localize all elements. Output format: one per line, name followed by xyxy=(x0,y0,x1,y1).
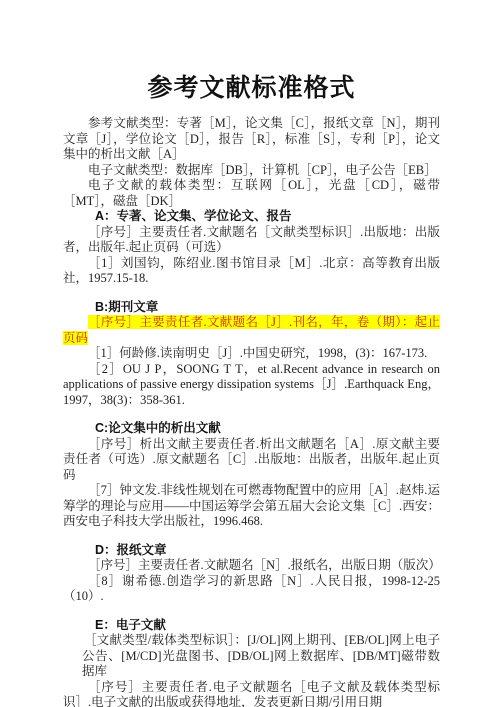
section-b-format-line: ［序号］主要责任者.文献题名［J］.刊名，年，卷（期）：起止页码 xyxy=(63,315,440,346)
section-c-format-line: ［序号］析出文献主要责任者.析出文献题名［A］.原文献主要责任者（可选）.原文献… xyxy=(63,437,440,484)
intro-reference-types: 参考文献类型：专著［M］，论文集［C］，报纸文章［N］，期刊文章［J］，学位论文… xyxy=(63,116,440,163)
section-b-journal-articles: B:期刊文章 ［序号］主要责任者.文献题名［J］.刊名，年，卷（期）：起止页码 … xyxy=(63,300,440,409)
section-b-example-ref-2: ［2］OU J P，SOONG T T，et al.Recent advance… xyxy=(63,362,440,409)
section-e-electronic-documents: E：电子文献 ［文献类型/载体类型标识］：[J/OL]网上期刊、[EB/OL]网… xyxy=(63,618,440,707)
section-d-example-ref: ［8］谢希德.创造学习的新思路［N］.人民日报，1998-12-25（10）. xyxy=(63,574,440,605)
section-e-format-line: ［序号］主要责任者.电子文献题名［电子文献及载体类型标识］.电子文献的出版或获得… xyxy=(63,680,440,707)
page-title: 参考文献标准格式 xyxy=(63,68,440,104)
intro-carrier-types: 电子文献的载体类型：互联网［OL］，光盘［CD］，磁带［MT］，磁盘［DK］ xyxy=(63,178,440,209)
section-c-example-ref: ［7］钟文发.非线性规划在可燃毒物配置中的应用［A］.赵炜.运筹学的理论与应用—… xyxy=(63,483,440,530)
section-e-type-list: ［文献类型/载体类型标识］：[J/OL]网上期刊、[EB/OL]网上电子公告、[… xyxy=(63,633,440,680)
section-a-format-line: ［序号］主要责任者.文献题名［文献类型标识］.出版地：出版者，出版年.起止页码（… xyxy=(63,225,440,256)
section-a-heading: A：专著、论文集、学位论文、报告 xyxy=(95,209,440,225)
highlighted-format-text: ［序号］主要责任者.文献题名［J］.刊名，年，卷（期）：起止页码 xyxy=(63,315,440,345)
document-page: 参考文献标准格式 参考文献类型：专著［M］，论文集［C］，报纸文章［N］，期刊文… xyxy=(0,0,500,707)
section-b-heading: B:期刊文章 xyxy=(95,300,440,316)
section-e-heading: E：电子文献 xyxy=(95,618,440,634)
intro-electronic-types: 电子文献类型：数据库［DB］，计算机［CP］，电子公告［EB］ xyxy=(63,163,440,179)
section-c-heading: C:论文集中的析出文献 xyxy=(95,421,440,437)
section-d-newspaper-articles: D：报纸文章 ［序号］主要责任者.文献题名［N］.报纸名，出版日期（版次） ［8… xyxy=(63,543,440,605)
section-b-example-ref-1: ［1］何龄修.读南明史［J］.中国史研究，1998，(3)：167-173. xyxy=(63,346,440,362)
section-a-monographs: A：专著、论文集、学位论文、报告 ［序号］主要责任者.文献题名［文献类型标识］.… xyxy=(63,209,440,287)
section-c-extracted-documents: C:论文集中的析出文献 ［序号］析出文献主要责任者.析出文献题名［A］.原文献主… xyxy=(63,421,440,530)
section-a-example-ref: ［1］刘国钧，陈绍业.图书馆目录［M］.北京：高等教育出版社，1957.15-1… xyxy=(63,256,440,287)
section-d-heading: D：报纸文章 xyxy=(95,543,440,559)
section-d-format-line: ［序号］主要责任者.文献题名［N］.报纸名，出版日期（版次） xyxy=(63,558,440,574)
